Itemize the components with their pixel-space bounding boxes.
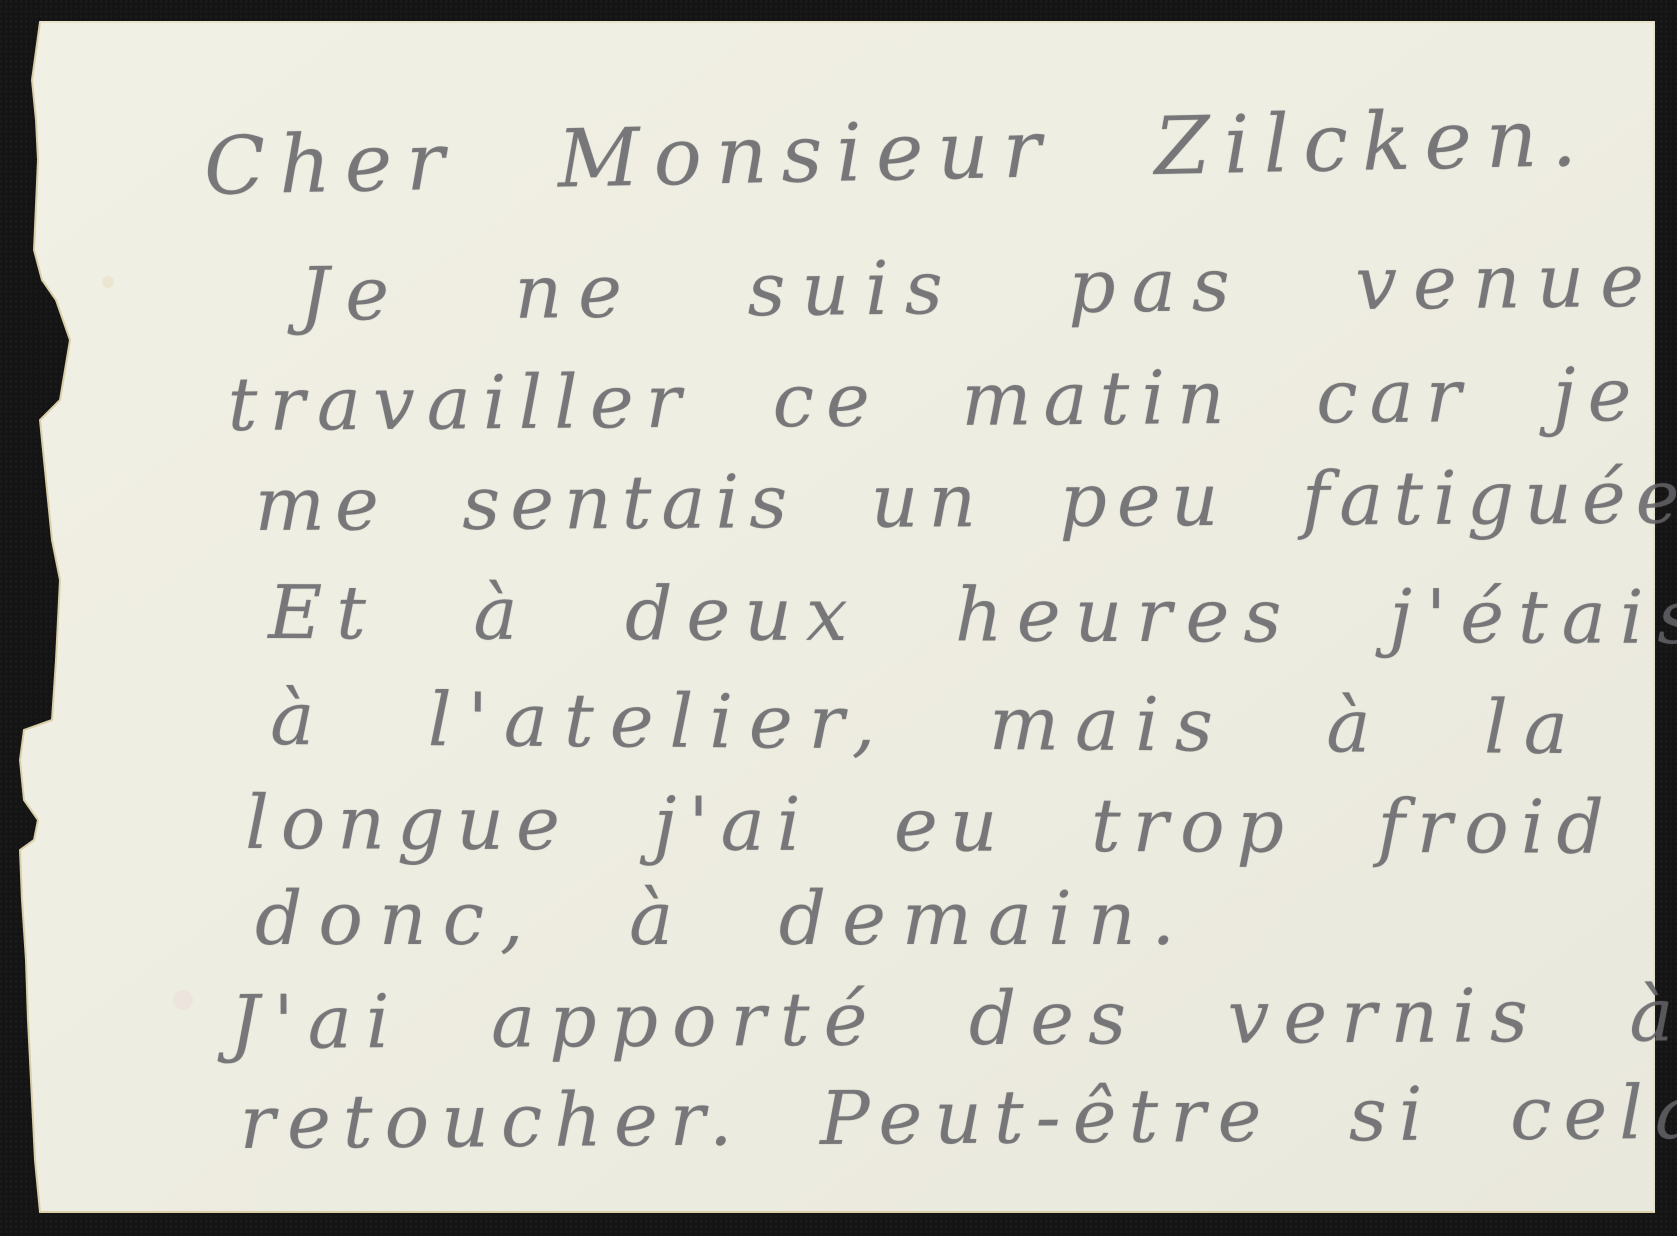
letter-line-3: travailler ce matin car je <box>227 352 1643 448</box>
letter-line-8: donc, à demain. <box>255 876 1191 962</box>
letter-text: Cher Monsieur Zilcken. Je ne suis pas ve… <box>0 0 1677 1236</box>
letter-line-10: retoucher. Peut-être si cela <box>239 1070 1677 1166</box>
salutation-line: Cher Monsieur Zilcken. <box>203 91 1592 213</box>
letter-line-7: longue j'ai eu trop froid <box>245 780 1616 871</box>
letter-line-9: J'ai apporté des vernis à <box>230 972 1677 1066</box>
letter-line-5: Et à deux heures j'étais <box>268 570 1677 661</box>
scanned-letter: Cher Monsieur Zilcken. Je ne suis pas ve… <box>0 0 1677 1236</box>
letter-line-4: me sentais un peu fatiguée <box>255 454 1677 548</box>
letter-line-6: à l'atelier, mais à la <box>270 676 1584 771</box>
letter-line-2: Je ne suis pas venue <box>299 238 1660 338</box>
